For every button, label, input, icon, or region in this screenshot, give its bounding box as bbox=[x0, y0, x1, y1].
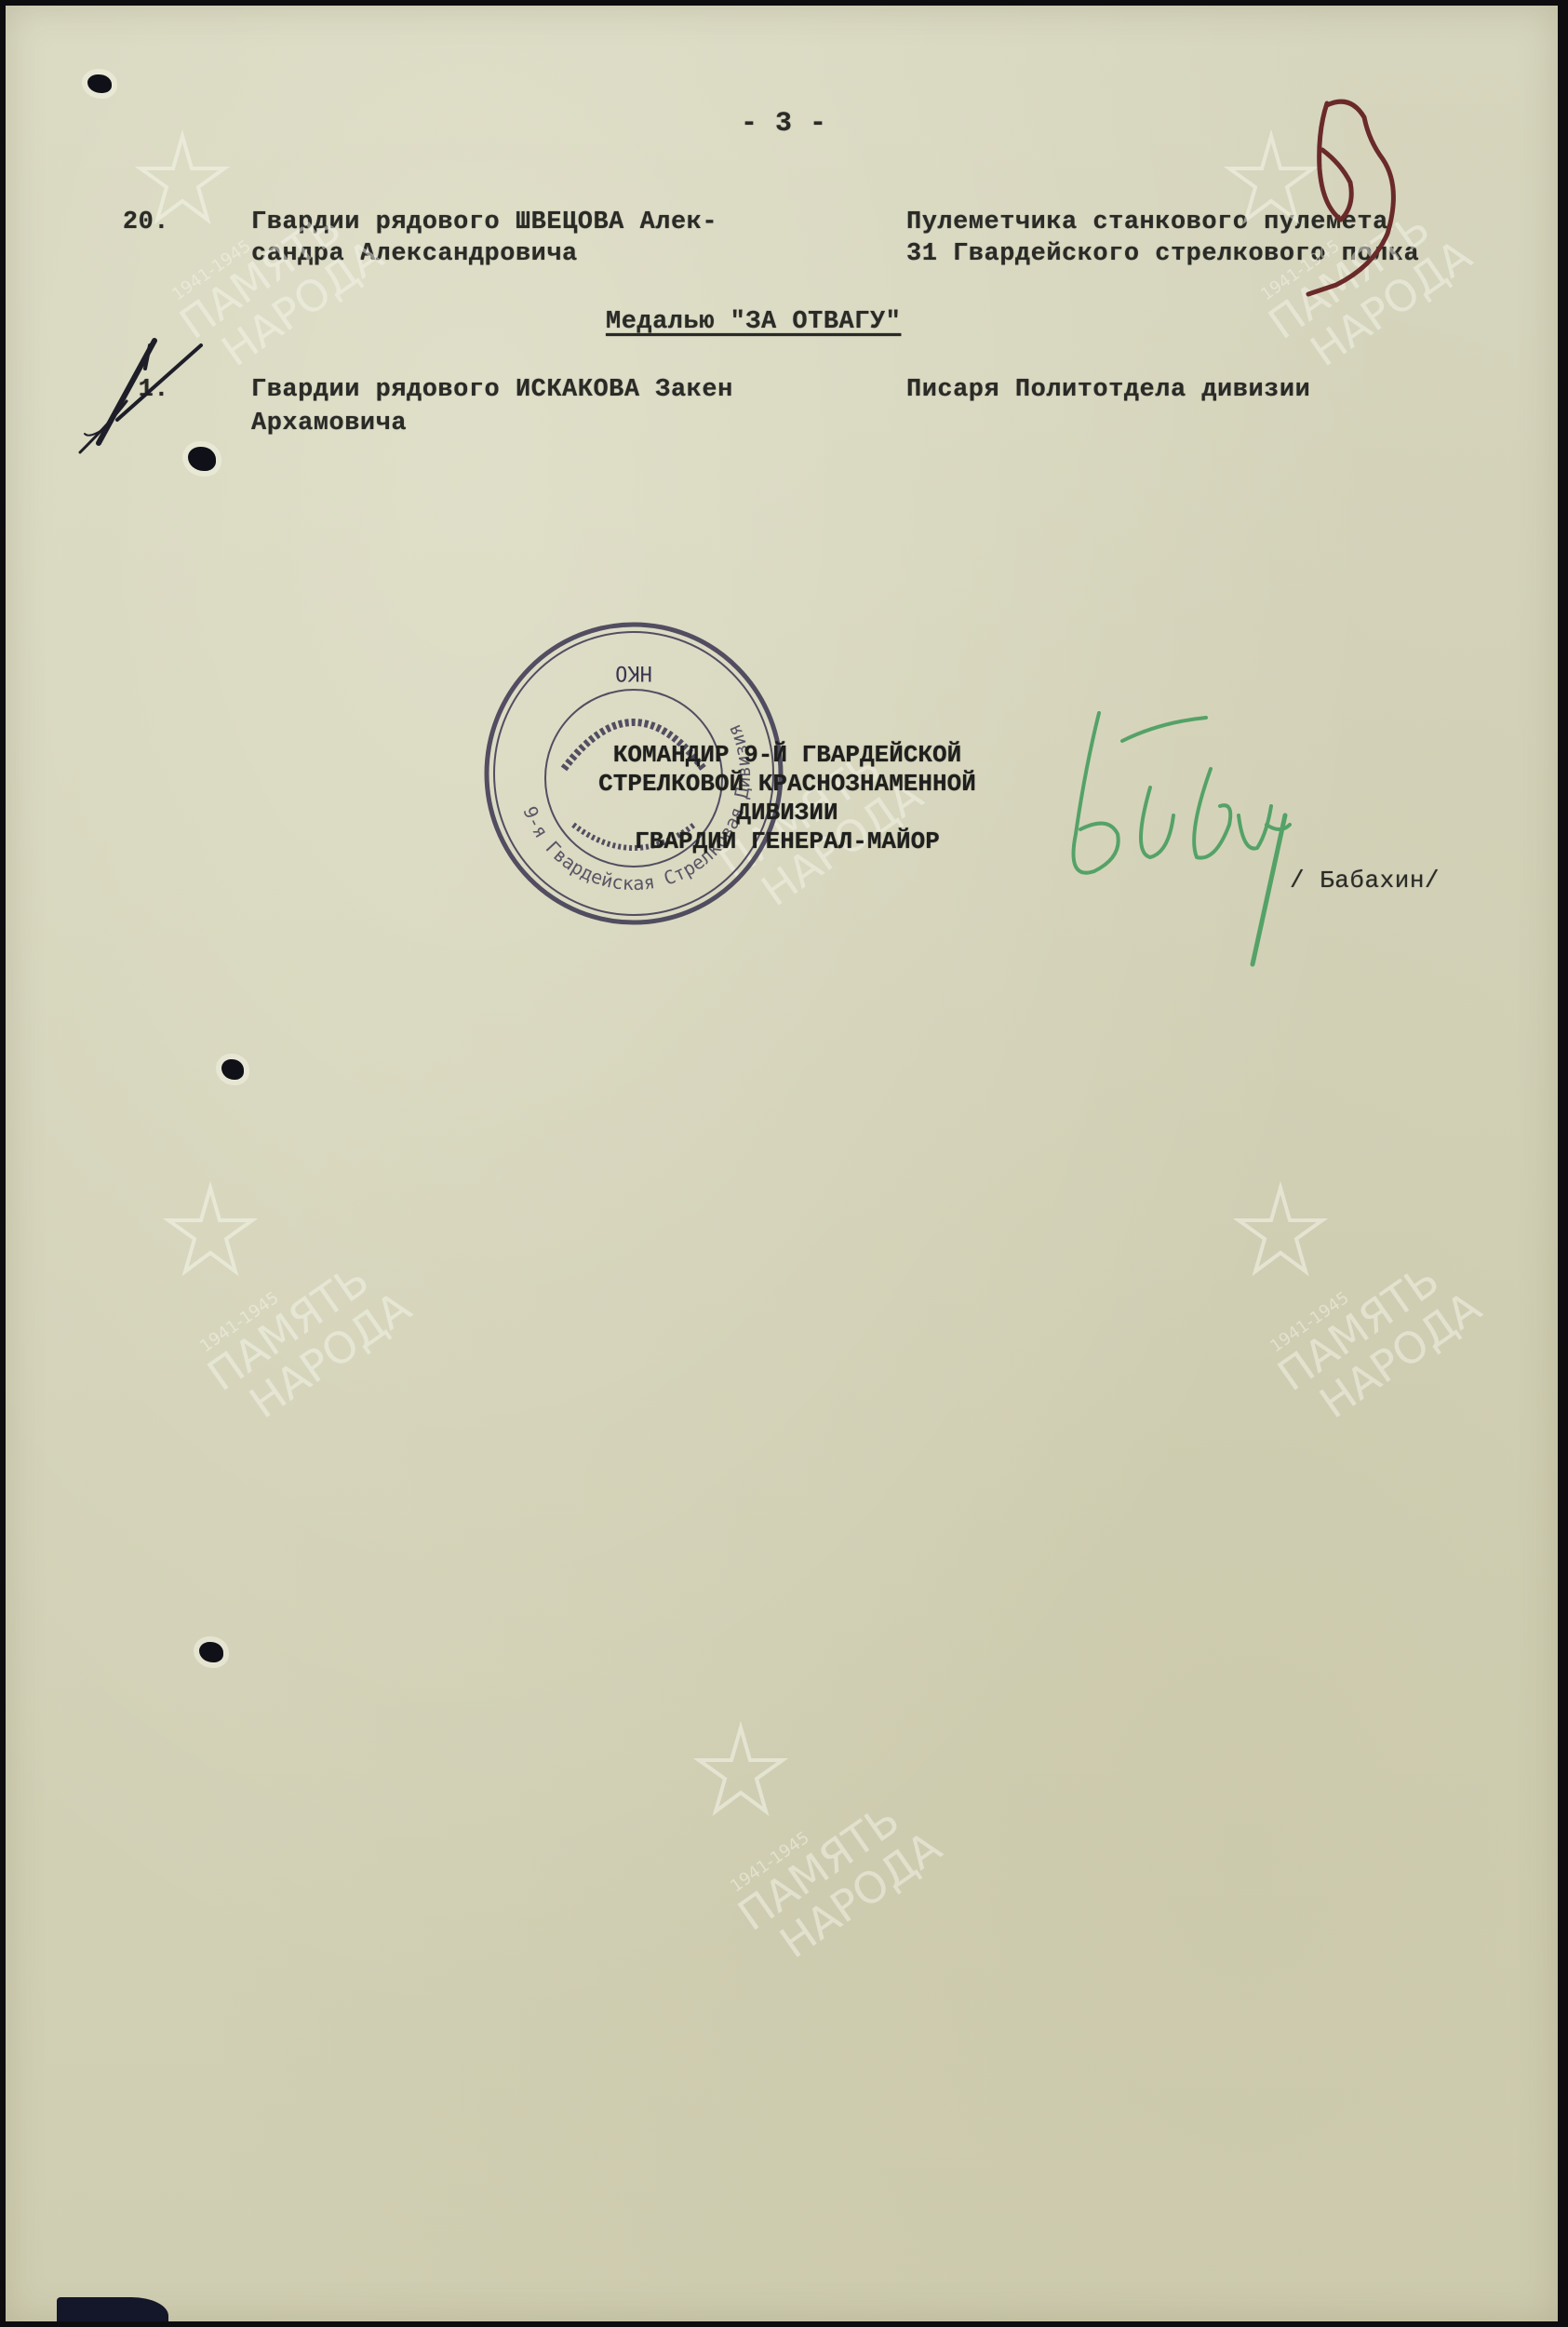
svg-text:НАРОДА: НАРОДА bbox=[771, 1822, 950, 1969]
signature-title-line2: СТРЕЛКОВОЙ КРАСНОЗНАМЕННОЙ ДИВИЗИИ bbox=[569, 770, 1006, 827]
entry-position-line1: Писаря Политотдела дивизии bbox=[906, 376, 1310, 404]
entry-name-line1: Гвардии рядового ИСКАКОВА Закен bbox=[251, 376, 733, 404]
signature-block: КОМАНДИР 9-Й ГВАРДЕЙСКОЙ СТРЕЛКОВОЙ КРАС… bbox=[569, 741, 1006, 856]
torn-edge bbox=[57, 2297, 168, 2321]
svg-text:1941-1945: 1941-1945 bbox=[168, 236, 254, 304]
page-number: - 3 - bbox=[741, 110, 827, 138]
watermark-pamyat-naroda: ПАМЯТЬНАРОДА1941-1945 bbox=[1215, 1169, 1494, 1448]
entry-number: 20. bbox=[114, 208, 169, 236]
entry-name-line1: Гвардии рядового ШВЕЦОВА Алек- bbox=[251, 208, 717, 236]
svg-text:1941-1945: 1941-1945 bbox=[196, 1288, 282, 1356]
svg-text:ПАМЯТЬ: ПАМЯТЬ bbox=[729, 1794, 908, 1940]
svg-text:НАРОДА: НАРОДА bbox=[1310, 1282, 1490, 1429]
pen-check-mark bbox=[61, 331, 220, 462]
signature-title-line1: КОМАНДИР 9-Й ГВАРДЕЙСКОЙ bbox=[569, 741, 1006, 770]
watermark-pamyat-naroda: ПАМЯТЬНАРОДА1941-1945 bbox=[676, 1709, 955, 1988]
svg-text:1941-1945: 1941-1945 bbox=[727, 1828, 812, 1896]
punch-hole bbox=[199, 1642, 223, 1662]
punch-hole bbox=[221, 1059, 244, 1080]
svg-text:ПАМЯТЬ: ПАМЯТЬ bbox=[1268, 1254, 1448, 1400]
svg-text:НКО: НКО bbox=[615, 661, 652, 684]
svg-text:НАРОДА: НАРОДА bbox=[240, 1282, 420, 1429]
handwritten-signature bbox=[1011, 694, 1327, 974]
svg-text:ПАМЯТЬ: ПАМЯТЬ bbox=[198, 1254, 378, 1400]
handwritten-mark-number bbox=[1299, 94, 1429, 299]
entry-name-line2: Архамовича bbox=[251, 410, 407, 437]
document-page: ПАМЯТЬНАРОДА1941-1945 ПАМЯТЬНАРОДА1941-1… bbox=[6, 6, 1558, 2321]
entry-name-line2: сандра Александровича bbox=[251, 240, 578, 268]
punch-hole bbox=[87, 74, 112, 93]
watermark-pamyat-naroda: ПАМЯТЬНАРОДА1941-1945 bbox=[145, 1169, 424, 1448]
signature-title-line3: ГВАРДИИ ГЕНЕРАЛ-МАЙОР bbox=[569, 827, 1006, 856]
section-heading: Медалью "ЗА ОТВАГУ" bbox=[606, 308, 901, 336]
svg-text:1941-1945: 1941-1945 bbox=[1266, 1288, 1352, 1356]
